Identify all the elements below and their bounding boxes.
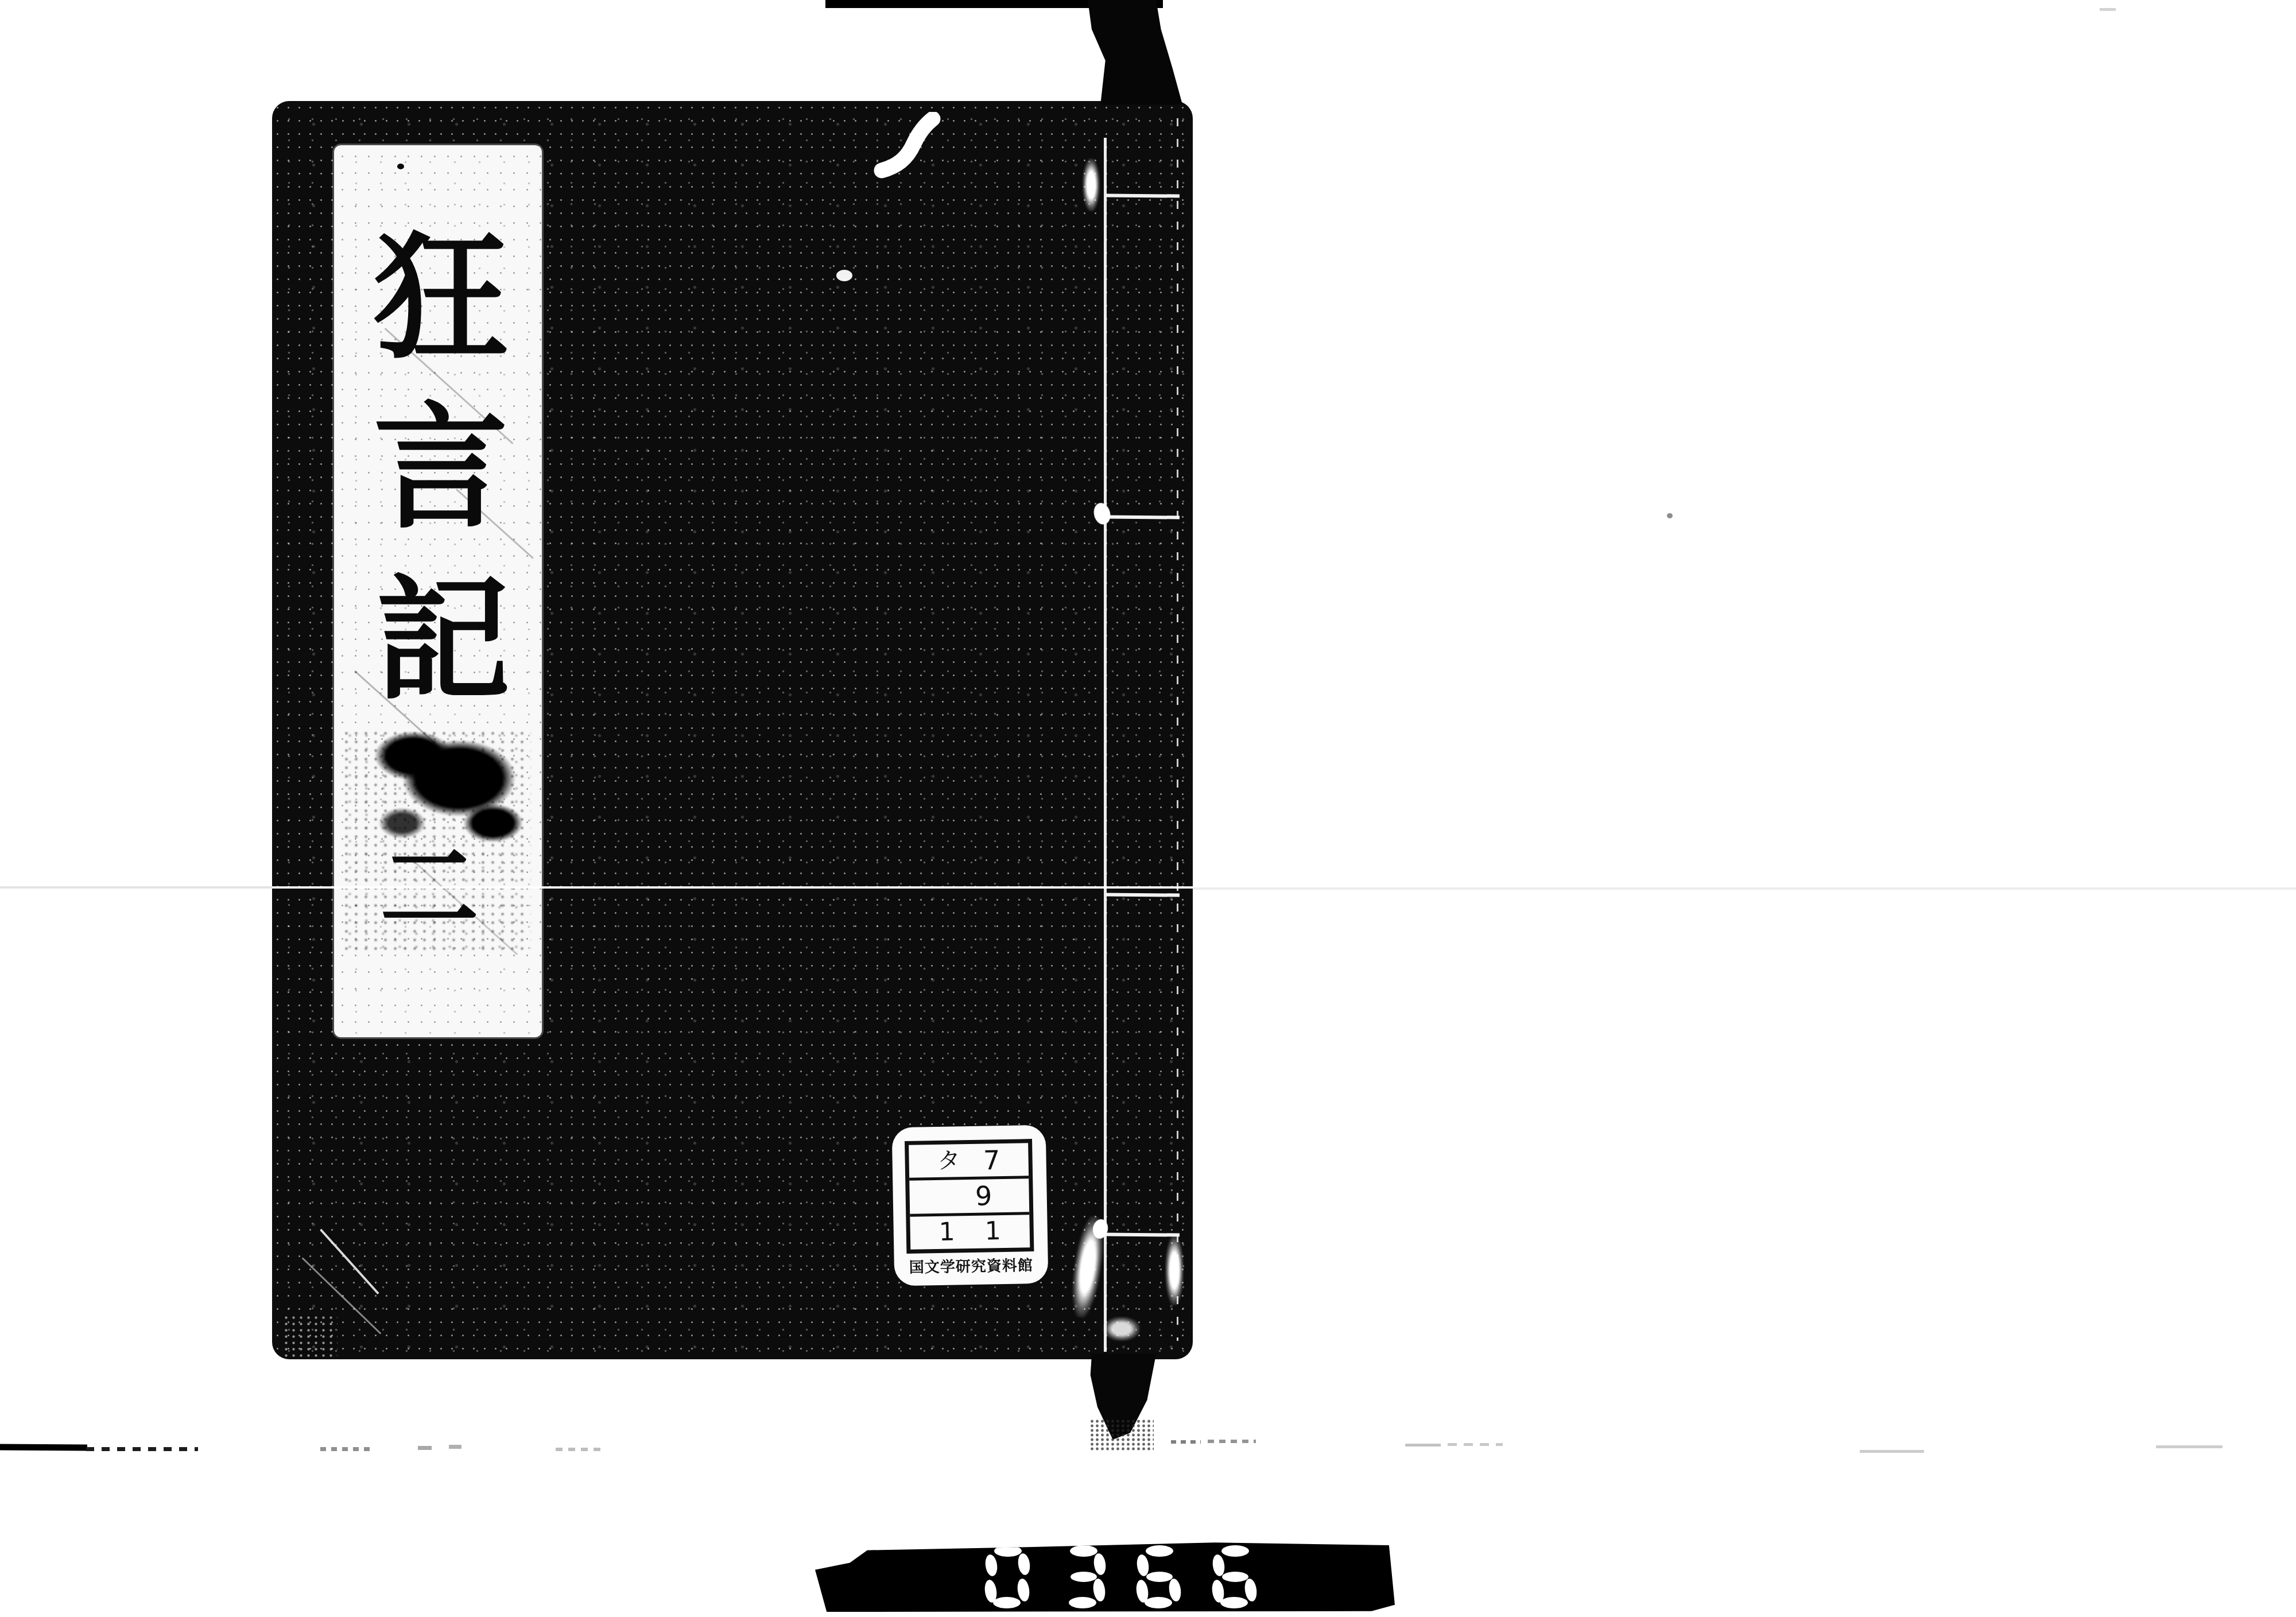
binding-stitch-3: [1106, 893, 1180, 897]
ink-speck: [397, 164, 404, 169]
scan-dash: [556, 1448, 602, 1451]
counter-digit: [1215, 1545, 1256, 1610]
spine-wear: [1165, 1235, 1184, 1305]
frame-counter-strip: [815, 1542, 1395, 1612]
call-row3-number-a: 1: [938, 1220, 955, 1245]
scan-dash: [1208, 1440, 1256, 1443]
call-row-1: タ 7: [909, 1143, 1029, 1181]
call-row1-kana: タ: [937, 1149, 961, 1173]
scan-dash: [1448, 1443, 1503, 1446]
dust-speck: [1667, 513, 1673, 518]
scan-dash: [320, 1447, 371, 1451]
scan-line-left: [0, 886, 272, 889]
call-row2-number: 9: [975, 1182, 992, 1209]
call-number-table: タ 7 9 1 1: [905, 1139, 1034, 1254]
library-name: 国文学研究資料館: [894, 1254, 1049, 1278]
scan-dash: [2156, 1445, 2223, 1448]
scanned-book-cover: 狂 言 記 二 タ: [0, 0, 2296, 1617]
counter-digit: [1139, 1545, 1180, 1610]
scan-dash: [1171, 1440, 1201, 1444]
book-cover: 狂 言 記 二: [272, 101, 1193, 1359]
white-scuff-mark: [872, 112, 953, 181]
counter-digits: [987, 1545, 1256, 1610]
scan-line-right: [1193, 887, 2296, 890]
scan-dash: [86, 1447, 198, 1451]
wear-spot: [836, 270, 852, 281]
binding-stitch-2: [1106, 515, 1180, 519]
scan-dash: [449, 1445, 461, 1449]
page-edge-line: [1177, 118, 1178, 1341]
binding-strap-top: [1085, 0, 1182, 104]
title-char-2: 言: [374, 401, 509, 536]
call-row3-number-b: 1: [984, 1219, 1001, 1244]
call-row-3: 1 1: [910, 1215, 1030, 1250]
counter-digit: [1063, 1545, 1104, 1610]
library-call-number-label: タ 7 9 1 1 国文学研究資料館: [892, 1125, 1049, 1286]
title-char-3: 記: [376, 573, 511, 708]
binding-strap-frayed-tail: [1089, 1419, 1154, 1451]
call-row1-number: 7: [983, 1147, 1000, 1174]
scan-dash: [1405, 1444, 1441, 1447]
title-slip: 狂 言 記 二: [334, 145, 542, 1037]
spine-wear: [1103, 1317, 1140, 1341]
scan-dash: [0, 1444, 87, 1451]
dust-dash: [2100, 8, 2116, 11]
call-row-2: 9: [909, 1179, 1029, 1217]
binding-stitch-1: [1106, 193, 1180, 197]
counter-digit: [987, 1545, 1029, 1610]
binding-thread-vertical: [1104, 138, 1107, 1352]
spine-wear: [1083, 158, 1100, 211]
scan-dash: [418, 1446, 432, 1450]
corner-wear-speckle: [282, 1314, 338, 1358]
title-char-1: 狂: [374, 231, 509, 366]
scan-dash: [1860, 1450, 1924, 1453]
scan-line-on-book: [272, 886, 1193, 889]
